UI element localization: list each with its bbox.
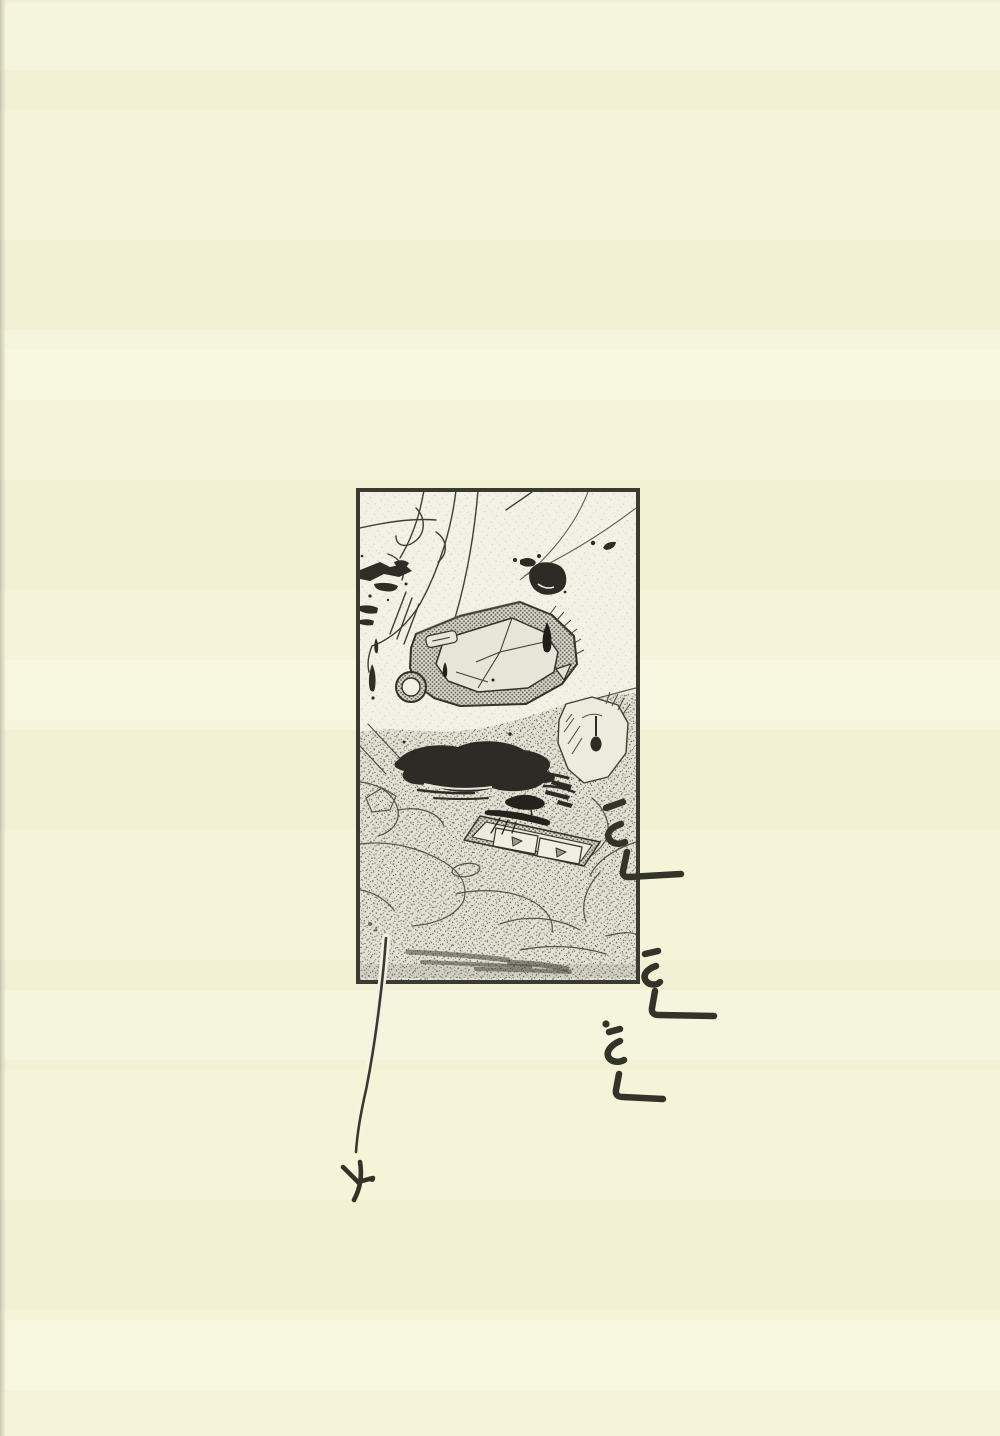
page-number-handwriting [343,1162,375,1200]
sfx-mark-3 [602,1020,663,1099]
manga-panel [356,488,640,984]
sfx-mark-2 [645,951,714,1016]
panel-artwork [360,492,636,980]
scanned-doujinshi-page: { "page": { "paper_color": "#f5f4d8", "i… [0,0,1000,1436]
page-left-edge-shadow [0,0,6,1436]
